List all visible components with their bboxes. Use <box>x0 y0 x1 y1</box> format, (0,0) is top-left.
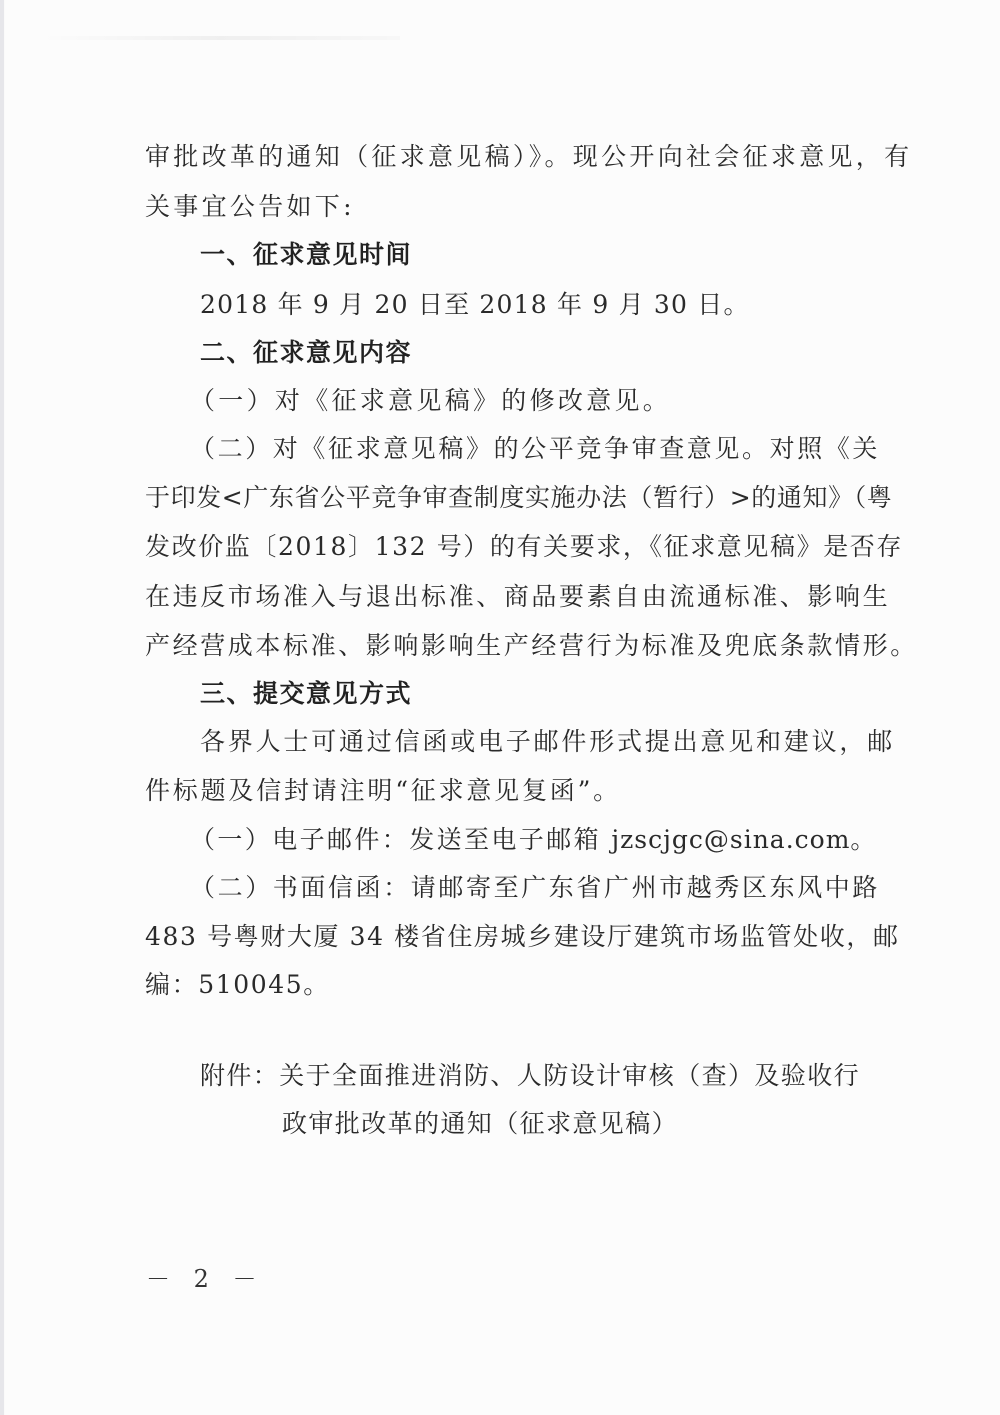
section-2-item-2-line-5: 产经营成本标准、影响影响生产经营行为标准及兜底条款情形。 <box>145 631 918 661</box>
attachment-line-2: 政审批改革的通知（征求意见稿） <box>282 1109 678 1139</box>
section-2-heading: 二、征求意见内容 <box>200 338 412 368</box>
section-3-mail-line-2: 483 号粤财大厦 34 楼省住房城乡建设厅建筑市场监管处收，邮 <box>145 922 900 952</box>
intro-line-2: 关事宜公告如下: <box>145 192 355 222</box>
email-end: 。 <box>850 825 877 854</box>
section-2-item-2-line-4: 在违反市场准入与退出标准、商品要素自由流通标准、影响生 <box>145 582 890 612</box>
section-2-item-2-line-2: 于印发<广东省公平竞争审查制度实施办法（暂行）>的通知》（粤 <box>145 483 892 513</box>
email-address-link[interactable]: jzscjgc@sina.com <box>611 825 850 854</box>
section-1-heading: 一、征求意见时间 <box>200 240 412 270</box>
section-2-item-2-line-3: 发改价监〔2018〕132 号）的有关要求，《征求意见稿》是否存 <box>145 532 903 562</box>
section-1-body: 2018 年 9 月 20 日至 2018 年 9 月 30 日。 <box>200 290 750 320</box>
document-page: 审批改革的通知（征求意见稿）》。现公开向社会征求意见，有 关事宜公告如下: 一、… <box>0 0 1000 1415</box>
section-3-email-line: （一）电子邮件：发送至电子邮箱 jzscjgc@sina.com。 <box>190 825 878 855</box>
attachment-label: 附件： <box>200 1061 279 1090</box>
email-label: （一）电子邮件：发送至电子邮箱 <box>190 825 611 854</box>
attachment-line-1: 附件：关于全面推进消防、人防设计审核（查）及验收行 <box>200 1061 860 1091</box>
section-2-item-2-line-1: （二）对《征求意见稿》的公平竞争审查意见。对照《关 <box>190 434 880 464</box>
section-3-heading: 三、提交意见方式 <box>200 679 412 709</box>
scan-streak <box>40 36 400 40</box>
section-3-mail-line-1: （二）书面信函：请邮寄至广东省广州市越秀区东风中路 <box>190 873 880 903</box>
section-2-item-1: （一）对《征求意见稿》的修改意见。 <box>190 386 671 416</box>
intro-line-1: 审批改革的通知（征求意见稿）》。现公开向社会征求意见，有 <box>145 142 912 172</box>
section-3-intro-line-1: 各界人士可通过信函或电子邮件形式提出意见和建议，邮 <box>200 727 895 757</box>
section-3-mail-line-3: 编：510045。 <box>145 970 330 1000</box>
attachment-title-1: 关于全面推进消防、人防设计审核（查）及验收行 <box>279 1061 860 1090</box>
scan-edge <box>0 0 4 1415</box>
section-3-intro-line-2: 件标题及信封请注明“征求意见复函”。 <box>145 776 621 806</box>
page-number: － 2 － <box>146 1264 265 1294</box>
